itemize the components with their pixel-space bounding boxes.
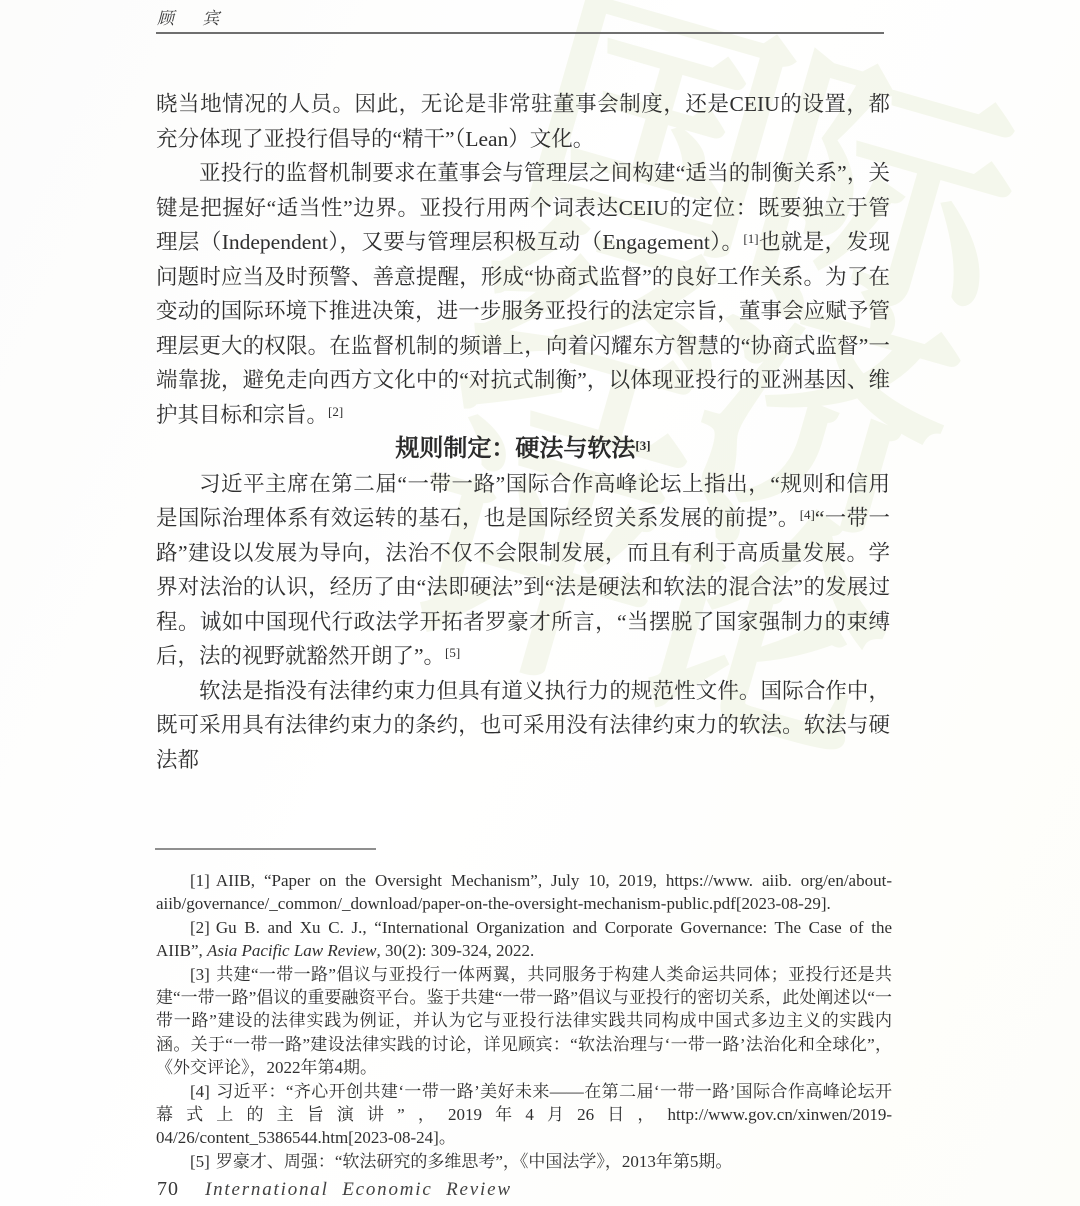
- footnote-ref-4: [4]: [800, 507, 815, 522]
- footnote-separator: [155, 848, 376, 850]
- paragraph-text: “一带一路”建设以发展为导向，法治不仅不会限制发展，而且有利于高质量发展。学界对…: [156, 506, 890, 668]
- footnote-text: 罗豪才、周强：“软法研究的多维思考”，《中国法学》，2013年第5期。: [216, 1152, 733, 1171]
- footnote: [1]AIIB, “Paper on the Oversight Mechani…: [156, 869, 892, 916]
- footnote-text: , 30(2): 309-324, 2022.: [376, 941, 534, 960]
- footnote-marker: [3]: [190, 965, 216, 984]
- footnote-text: AIIB, “Paper on the Oversight Mechanism”…: [156, 871, 892, 913]
- footnotes: [1]AIIB, “Paper on the Oversight Mechani…: [156, 869, 892, 1173]
- scanned-page: 国际经济评论 顾 宾 晓当地情况的人员。因此，无论是非常驻董事会制度，还是CEI…: [0, 0, 1080, 1206]
- footnote-journal-title: Asia Pacific Law Review: [207, 941, 377, 960]
- page-footer: 70International Economic Review: [157, 1178, 512, 1201]
- footnote-marker: [4]: [190, 1082, 216, 1101]
- footnote-marker: [2]: [190, 918, 216, 937]
- footnote: [2]Gu B. and Xu C. J., “International Or…: [156, 916, 892, 963]
- paragraph-text: 习近平主席在第二届“一带一路”国际合作高峰论坛上指出，“规则和信用是国际治理体系…: [156, 472, 890, 531]
- section-heading: 规则制定：硬法与软法[3]: [156, 432, 890, 467]
- section-heading-text: 规则制定：硬法与软法: [395, 436, 635, 462]
- footnote-marker: [5]: [190, 1152, 216, 1171]
- page-number: 70: [157, 1178, 179, 1200]
- footnote-ref-1: [1]: [743, 231, 758, 246]
- footnote-ref-5: [5]: [445, 645, 460, 660]
- running-head-author: 顾 宾: [157, 4, 226, 29]
- paragraph-continuation: 晓当地情况的人员。因此，无论是非常驻董事会制度，还是CEIU的设置，都充分体现了…: [156, 87, 890, 156]
- paragraph-text: 晓当地情况的人员。因此，无论是非常驻董事会制度，还是CEIU的设置，都充分体现了…: [156, 92, 890, 151]
- footnote-ref-2: [2]: [328, 404, 343, 419]
- footnote-ref-3: [3]: [635, 438, 650, 453]
- footnote: [5]罗豪才、周强：“软法研究的多维思考”，《中国法学》，2013年第5期。: [156, 1150, 892, 1173]
- footnote: [4]习近平：“齐心开创共建‘一带一路’美好未来——在第二届‘一带一路’国际合作…: [156, 1080, 892, 1150]
- footnote-marker: [1]: [190, 871, 216, 890]
- footnote-text: 共建“一带一路”倡议与亚投行一体两翼，共同服务于构建人类命运共同体；亚投行还是共…: [156, 965, 892, 1078]
- paragraph: 习近平主席在第二届“一带一路”国际合作高峰论坛上指出，“规则和信用是国际治理体系…: [156, 467, 890, 674]
- paragraph-text: 也就是，发现问题时应当及时预警、善意提醒，形成“协商式监督”的良好工作关系。为了…: [156, 230, 890, 427]
- article-body: 晓当地情况的人员。因此，无论是非常驻董事会制度，还是CEIU的设置，都充分体现了…: [156, 87, 890, 777]
- header-divider: [156, 32, 884, 34]
- footnote: [3]共建“一带一路”倡议与亚投行一体两翼，共同服务于构建人类命运共同体；亚投行…: [156, 963, 892, 1080]
- paragraph: 亚投行的监督机制要求在董事会与管理层之间构建“适当的制衡关系”，关键是把握好“适…: [156, 156, 890, 432]
- journal-name: International Economic Review: [205, 1179, 512, 1200]
- paragraph-text: 软法是指没有法律约束力但具有道义执行力的规范性文件。国际合作中，既可采用具有法律…: [156, 679, 890, 772]
- footnote-text: 习近平：“齐心开创共建‘一带一路’美好未来——在第二届‘一带一路’国际合作高峰论…: [156, 1082, 892, 1148]
- paragraph: 软法是指没有法律约束力但具有道义执行力的规范性文件。国际合作中，既可采用具有法律…: [156, 674, 890, 778]
